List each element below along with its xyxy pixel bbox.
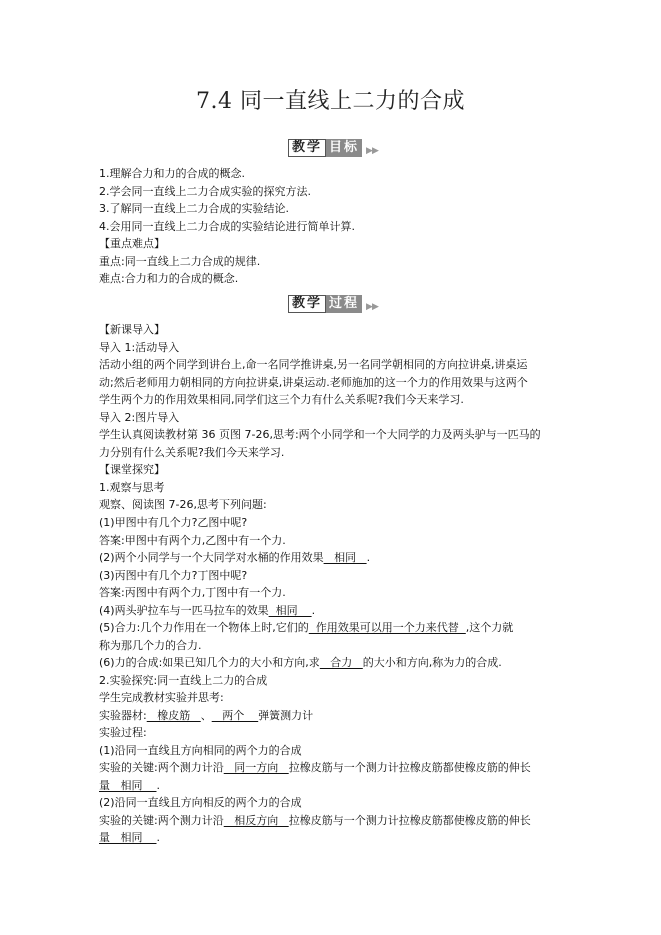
observe-title: 1.观察与思考 xyxy=(99,481,165,495)
experiment-prompt: 学生完成教材实验并思考: xyxy=(99,691,224,705)
q6-blank: 合力 xyxy=(320,656,363,669)
badge-label-part2: 目标 xyxy=(326,139,362,157)
equipment-sep: 、 xyxy=(201,709,212,722)
p2-prefix: 实验的关键:两个测力计沿 xyxy=(99,814,224,827)
badge-label-part1: 教学 xyxy=(288,295,326,313)
intro1-title: 导入 1:活动导入 xyxy=(99,341,179,355)
procedure-2-key: 实验的关键:两个测力计沿 相反方向 拉橡皮筋与一个测力计拉橡皮筋都使橡皮筋的伸长 xyxy=(99,814,531,828)
q5-suffix: ,这个力就 xyxy=(466,621,514,634)
intro2-text: 学生认真阅读教材第 36 页图 7-26,思考:两个小同学和一个大同学的力及两头… xyxy=(99,428,541,442)
q2-suffix: . xyxy=(367,551,371,564)
equipment-blank-2: 两个 xyxy=(212,709,258,722)
section-badge-process: 教学 过程 ▶▶ xyxy=(288,295,378,313)
answer-1: 答案:甲图中有两个力,乙图中有一个力. xyxy=(99,534,286,548)
q6-prefix: (6)力的合成:如果已知几个力的大小和方向,求 xyxy=(99,656,320,669)
procedure-2-key-cont: 量 相同 . xyxy=(99,831,160,845)
key-point: 重点:同一直线上二力合成的规律. xyxy=(99,255,260,269)
question-5-cont: 称为那几个力的合力. xyxy=(99,639,202,653)
equipment-prefix: 实验器材: xyxy=(99,709,147,722)
equipment-line: 实验器材: 橡皮筋 、 两个 弹簧测力计 xyxy=(99,709,313,723)
p1-end: . xyxy=(156,779,160,792)
question-5: (5)合力:几个力作用在一个物体上时,它们的 作用效果可以用一个力来代替 ,这个… xyxy=(99,621,513,635)
intro2-text: 力分别有什么关系呢?我们今天来学习. xyxy=(99,446,284,460)
procedure-1-key-cont: 量 相同 . xyxy=(99,779,160,793)
goal-item: 3.了解同一直线上二力合成的实验结论. xyxy=(99,202,289,216)
explore-heading: 【课堂探究】 xyxy=(99,463,165,477)
q2-blank: 相同 xyxy=(324,551,367,564)
q4-prefix: (4)两头驴拉车与一匹马拉车的效果 xyxy=(99,604,269,617)
q5-prefix: (5)合力:几个力作用在一个物体上时,它们的 xyxy=(99,621,309,634)
goal-item: 1.理解合力和力的合成的概念. xyxy=(99,167,245,181)
equipment-blank-1: 橡皮筋 xyxy=(147,709,201,722)
equipment-suffix: 弹簧测力计 xyxy=(258,709,313,722)
procedure-2-title: (2)沿同一直线且方向相反的两个力的合成 xyxy=(99,796,302,810)
question-1: (1)甲图中有几个力?乙图中呢? xyxy=(99,516,247,530)
question-6: (6)力的合成:如果已知几个力的大小和方向,求 合力 的大小和方向,称为力的合成… xyxy=(99,656,502,670)
p1-suffix: 拉橡皮筋与一个测力计拉橡皮筋都使橡皮筋的伸长 xyxy=(289,761,531,774)
q4-blank: 相同 xyxy=(269,604,312,617)
p1-blank-2: 量 相同 xyxy=(99,779,156,792)
answer-3: 答案:丙图中有两个力,丁图中有一个力. xyxy=(99,586,286,600)
procedure-title: 实验过程: xyxy=(99,726,147,740)
question-4: (4)两头驴拉车与一匹马拉车的效果 相同 . xyxy=(99,604,315,618)
goal-item: 2.学会同一直线上二力合成实验的探究方法. xyxy=(99,185,311,199)
double-arrow-icon: ▶▶ xyxy=(366,146,378,156)
q6-suffix: 的大小和方向,称为力的合成. xyxy=(363,656,502,669)
goal-item: 4.会用同一直线上二力合成的实验结论进行简单计算. xyxy=(99,220,355,234)
experiment-title: 2.实验探究:同一直线上二力的合成 xyxy=(99,674,267,688)
section-badge-goals: 教学 目标 ▶▶ xyxy=(288,139,378,157)
badge-label-part2: 过程 xyxy=(326,295,362,313)
observe-prompt: 观察、阅读图 7-26,思考下列问题: xyxy=(99,498,267,512)
p2-end: . xyxy=(156,831,160,844)
key-points-heading: 【重点难点】 xyxy=(99,237,165,251)
intro1-text: 动;然后老师用力朝相同的方向拉讲桌,讲桌运动.老师施加的这一个力的作用效果与这两… xyxy=(99,376,528,390)
q5-blank: 作用效果可以用一个力来代替 xyxy=(309,621,466,634)
question-2: (2)两个小同学与一个大同学对水桶的作用效果 相同 . xyxy=(99,551,370,565)
q2-prefix: (2)两个小同学与一个大同学对水桶的作用效果 xyxy=(99,551,324,564)
intro-heading: 【新课导入】 xyxy=(99,323,165,337)
double-arrow-icon: ▶▶ xyxy=(366,302,378,312)
difficult-point: 难点:合力和力的合成的概念. xyxy=(99,272,238,286)
p2-blank: 相反方向 xyxy=(224,814,289,827)
p1-blank: 同一方向 xyxy=(224,761,289,774)
intro2-title: 导入 2:图片导入 xyxy=(99,411,179,425)
procedure-1-title: (1)沿同一直线且方向相同的两个力的合成 xyxy=(99,744,302,758)
intro1-text: 学生两个力的作用效果相同,同学们这三个力有什么关系呢?我们今天来学习. xyxy=(99,393,464,407)
p2-suffix: 拉橡皮筋与一个测力计拉橡皮筋都使橡皮筋的伸长 xyxy=(289,814,531,827)
p1-prefix: 实验的关键:两个测力计沿 xyxy=(99,761,224,774)
p2-blank-2: 量 相同 xyxy=(99,831,156,844)
page-title: 7.4 同一直线上二力的合成 xyxy=(0,84,661,115)
procedure-1-key: 实验的关键:两个测力计沿 同一方向 拉橡皮筋与一个测力计拉橡皮筋都使橡皮筋的伸长 xyxy=(99,761,531,775)
badge-label-part1: 教学 xyxy=(288,139,326,157)
intro1-text: 活动小组的两个同学到讲台上,命一名同学推讲桌,另一名同学朝相同的方向拉讲桌,讲桌… xyxy=(99,358,528,372)
q4-suffix: . xyxy=(312,604,316,617)
question-3: (3)丙图中有几个力?丁图中呢? xyxy=(99,569,247,583)
